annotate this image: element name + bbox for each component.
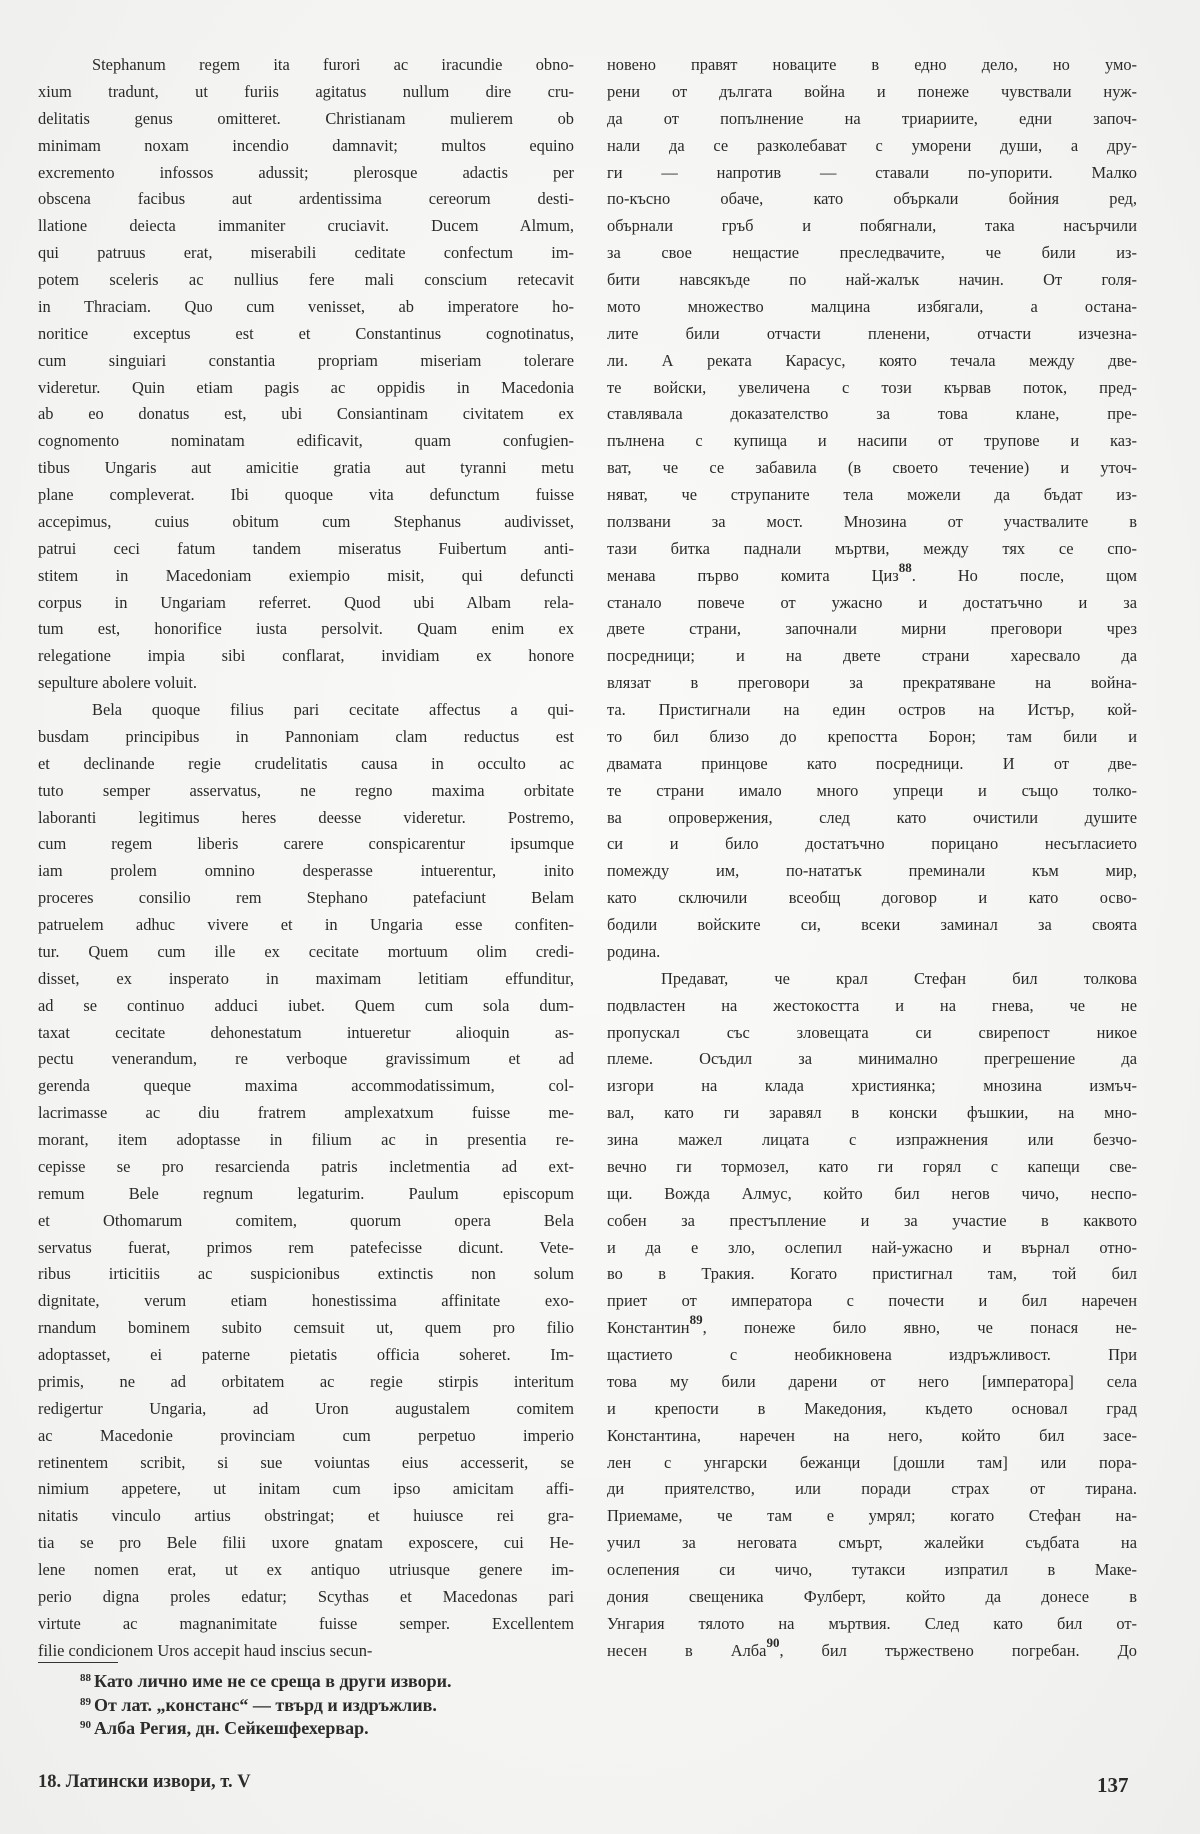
text-line: пълнена с купища и насипи от трупове и к… xyxy=(607,428,1137,455)
text-line: tur. Quem cum ille ex cecitate mortuum o… xyxy=(38,939,574,966)
text-line: et Othomarum comitem, quorum opera Bela xyxy=(38,1208,574,1235)
text-line: бити навсякъде по най-жалък начин. От го… xyxy=(607,267,1137,294)
text-line-with-footnote: менава първо комита Циз88. Но после, щом xyxy=(607,563,1137,590)
text-line: рени от дългата война и понеже чувствали… xyxy=(607,79,1137,106)
text-line: pectu venerandum, re verboque gravissimu… xyxy=(38,1046,574,1073)
text-line: videretur. Quin etiam pagis ac oppidis i… xyxy=(38,375,574,402)
text-line: Предават, че крал Стефан бил толкова xyxy=(607,966,1137,993)
text-line: virtute ac magnanimitate fuisse semper. … xyxy=(38,1611,574,1638)
text-line: бодили войските си, всеки заминал за сво… xyxy=(607,912,1137,939)
footnote-text: Като лично име не се среща в други извор… xyxy=(94,1671,452,1691)
footnote-90: 90Алба Регия, дн. Сейкешфехервар. xyxy=(80,1717,452,1741)
text-line: perio digna proles edatur; Scythas et Ma… xyxy=(38,1584,574,1611)
footnote-text: Алба Регия, дн. Сейкешфехервар. xyxy=(94,1718,369,1738)
text-line: двете страни, започнали мирни преговори … xyxy=(607,616,1137,643)
text-line: tuto semper asservatus, ne regno maxima … xyxy=(38,778,574,805)
text-line: щи. Вожда Алмус, който бил негов чичо, н… xyxy=(607,1181,1137,1208)
text-line: нали да се разколебават с уморени души, … xyxy=(607,133,1137,160)
text-line: gerenda queque maxima accommodatissimum,… xyxy=(38,1073,574,1100)
text-line: новено правят новаците в едно дело, но у… xyxy=(607,52,1137,79)
footnotes: 88Като лично име не се среща в други изв… xyxy=(80,1670,452,1741)
text-line: filie condicionem Uros accepit haud insc… xyxy=(38,1638,574,1665)
text-line: Унгария тялото на мъртвия. След като бил… xyxy=(607,1611,1137,1638)
text-line: redigertur Ungaria, ad Uron augustalem c… xyxy=(38,1396,574,1423)
running-footer: 18. Латински извори, т. V xyxy=(38,1772,251,1793)
text-line: lene nomen erat, ut ex antiquo utriusque… xyxy=(38,1557,574,1584)
text-line: си и било достатъчно порицано несъгласие… xyxy=(607,831,1137,858)
text-line: minimam noxam incendio damnavit; multos … xyxy=(38,133,574,160)
text-line: obscena facibus aut ardentissima cereoru… xyxy=(38,186,574,213)
text-line: Константина, наречен на него, който бил … xyxy=(607,1423,1137,1450)
text-line: rnandum bominem subito cemsuit ut, quem … xyxy=(38,1315,574,1342)
text-line: taxat cecitate dehonestatum intueretur a… xyxy=(38,1020,574,1047)
text-line: като сключили всеобщ договор и като осво… xyxy=(607,885,1137,912)
text-line: дония свещеника Фулберт, който да донесе… xyxy=(607,1584,1137,1611)
text-line: изгори на клада християнка; мнозина измъ… xyxy=(607,1073,1137,1100)
text-line-with-footnote: Константин89, понеже било явно, че понас… xyxy=(607,1315,1137,1342)
text-line: та. Пристигнали на един остров на Истър,… xyxy=(607,697,1137,724)
text-line: племе. Осъдил за минимално прегрешение д… xyxy=(607,1046,1137,1073)
text-line: ди приятелство, или поради страх от тира… xyxy=(607,1476,1137,1503)
text-line: adoptasset, ei paterne pietatis officia … xyxy=(38,1342,574,1369)
text-line: sepulture abolere voluit. xyxy=(38,670,574,697)
text-line: ab eo donatus est, ubi Consiantinam civi… xyxy=(38,401,574,428)
text-line: accepimus, cuius obitum cum Stephanus au… xyxy=(38,509,574,536)
text-line: и крепости в Македония, където основал г… xyxy=(607,1396,1137,1423)
text-line: обърнали гръб и побягнали, така насърчил… xyxy=(607,213,1137,240)
text-line-with-footnote: несен в Алба90, бил тържествено погребан… xyxy=(607,1638,1137,1665)
text-line: вечно ги тормозел, като ги горял с капещ… xyxy=(607,1154,1137,1181)
footnote-89: 89От лат. „констанс“ — твърд и издръжлив… xyxy=(80,1694,452,1718)
text-line: potem sceleris ac nullius fere mali cons… xyxy=(38,267,574,294)
text-line: cepisse se pro resarcienda patris inclet… xyxy=(38,1154,574,1181)
text-line: ги — напротив — ставали по-упорити. Малк… xyxy=(607,160,1137,187)
text-line: lacrimasse ac diu fratrem amplexatxum fu… xyxy=(38,1100,574,1127)
text-line: собен за престъпление и за участие в как… xyxy=(607,1208,1137,1235)
text-line: llatione deiecta immaniter cruciavit. Du… xyxy=(38,213,574,240)
text-line: лен с унгарски бежанци [дошли там] или п… xyxy=(607,1450,1137,1477)
text-line: retinentem scribit, si sue voiuntas eius… xyxy=(38,1450,574,1477)
text-line: ват, че се забавила (в своето течение) и… xyxy=(607,455,1137,482)
text-line: Bela quoque filius pari cecitate affectu… xyxy=(38,697,574,724)
text-line: plane compleverat. Ibi quoque vita defun… xyxy=(38,482,574,509)
bulgarian-translation-column: новено правят новаците в едно дело, но у… xyxy=(607,52,1137,1665)
text-line: morant, item adoptasse in filium ac in p… xyxy=(38,1127,574,1154)
text-line: laboranti legitimus heres deesse videret… xyxy=(38,805,574,832)
text-line: влязат в преговори за прекратяване на во… xyxy=(607,670,1137,697)
text-line: ставлявала доказателство за това клане, … xyxy=(607,401,1137,428)
text-line: за свое нещастие преследвачите, че били … xyxy=(607,240,1137,267)
text-line: tia se pro Bele filii uxore gnatam expos… xyxy=(38,1530,574,1557)
footnote-reference[interactable]: 89 xyxy=(690,1312,703,1327)
text-line: cum regem liberis carere conspicarentur … xyxy=(38,831,574,858)
text-line: disset, ex insperato in maximam letitiam… xyxy=(38,966,574,993)
text-line: лите били отчасти пленени, отчасти изчез… xyxy=(607,321,1137,348)
text-line: щастието с необикновена издръжливост. Пр… xyxy=(607,1342,1137,1369)
text-line: ва опровержения, след като очистили души… xyxy=(607,805,1137,832)
text-line: remum Bele regnum legaturim. Paulum epis… xyxy=(38,1181,574,1208)
text-segment: , бил тържествено погребан. До xyxy=(779,1641,1137,1660)
text-line: ad se continuo adduci iubet. Quem cum so… xyxy=(38,993,574,1020)
text-line: delitatis genus omitteret. Christianam m… xyxy=(38,106,574,133)
page-number: 137 xyxy=(1097,1773,1129,1798)
text-line: родина. xyxy=(607,939,1137,966)
text-line: xium tradunt, ut furiis agitatus nullum … xyxy=(38,79,574,106)
text-line: учил за неговата смърт, жалейки съдбата … xyxy=(607,1530,1137,1557)
text-line: tum est, honorifice iusta persolvit. Qua… xyxy=(38,616,574,643)
text-line: tibus Ungaris aut amicitie gratia aut ty… xyxy=(38,455,574,482)
text-line: Stephanum regem ita furori ac iracundie … xyxy=(38,52,574,79)
text-line: посредници; и на двете страни харесвало … xyxy=(607,643,1137,670)
text-line: това му били дарени от него [императора]… xyxy=(607,1369,1137,1396)
footnote-reference[interactable]: 90 xyxy=(766,1635,779,1650)
footnote-marker: 90 xyxy=(80,1719,91,1731)
text-line: primis, ne ad orbitatem ac regie stirpis… xyxy=(38,1369,574,1396)
text-line: те войски, увеличена с този кървав поток… xyxy=(607,375,1137,402)
text-line: iam prolem omnino desperasse intuerentur… xyxy=(38,858,574,885)
text-line: приет от императора с почести и бил наре… xyxy=(607,1288,1137,1315)
text-line: noritice exceptus est et Constantinus co… xyxy=(38,321,574,348)
text-line: qui patruus erat, miserabili ceditate co… xyxy=(38,240,574,267)
text-line: ribus irticitiis ac suspicionibus extinc… xyxy=(38,1261,574,1288)
text-line: зина мажел лицата с изпражнения или безч… xyxy=(607,1127,1137,1154)
text-line: и да е зло, ослепил най-ужасно и върнал … xyxy=(607,1235,1137,1262)
text-line: in Thraciam. Quo cum venisset, ab impera… xyxy=(38,294,574,321)
text-line: nitatis vinculo artius obstringat; et hu… xyxy=(38,1503,574,1530)
text-line: corpus in Ungariam referret. Quod ubi Al… xyxy=(38,590,574,617)
latin-text-column: Stephanum regem ita furori ac iracundie … xyxy=(38,52,574,1665)
text-line: няват, че струпаните тела можели да бъда… xyxy=(607,482,1137,509)
text-line: excremento infossos adussit; plerosque a… xyxy=(38,160,574,187)
text-line: et declinande regie crudelitatis causa i… xyxy=(38,751,574,778)
text-segment: несен в Алба xyxy=(607,1641,766,1660)
text-line: двамата принцове като посредници. И от д… xyxy=(607,751,1137,778)
text-line: во в Тракия. Когато пристигнал там, той … xyxy=(607,1261,1137,1288)
text-line: да от попълнение на триариите, едни запо… xyxy=(607,106,1137,133)
text-line: cum singuiari constantia propriam miseri… xyxy=(38,348,574,375)
footnote-reference[interactable]: 88 xyxy=(899,560,912,575)
text-segment: менава първо комита Циз xyxy=(607,566,899,585)
text-line: ползвани за мост. Мнозина от участвалите… xyxy=(607,509,1137,536)
text-line: ослепения си чичо, тутакси изпратил в Ма… xyxy=(607,1557,1137,1584)
text-line: dignitate, verum etiam honestissima affi… xyxy=(38,1288,574,1315)
text-line: вал, като ги заравял в конски фъшкии, на… xyxy=(607,1100,1137,1127)
footnote-marker: 88 xyxy=(80,1672,91,1684)
text-segment: , понеже било явно, че понася не- xyxy=(703,1318,1137,1337)
text-line: nimium appetere, ut initam cum ipso amic… xyxy=(38,1476,574,1503)
text-line: stitem in Macedoniam exiempio misit, qui… xyxy=(38,563,574,590)
text-line: станало повече от ужасно и достатъчно и … xyxy=(607,590,1137,617)
text-line: cognomento nominatam edificavit, quam co… xyxy=(38,428,574,455)
text-segment: Константин xyxy=(607,1318,690,1337)
text-segment: . Но после, щом xyxy=(912,566,1137,585)
text-line: то бил близо до крепостта Борон; там бил… xyxy=(607,724,1137,751)
text-line: busdam principibus in Pannoniam clam red… xyxy=(38,724,574,751)
text-line: мото множество малцина избягали, а остан… xyxy=(607,294,1137,321)
footnote-separator-rule xyxy=(38,1662,118,1663)
text-line: по-късно обаче, като объркали бойния ред… xyxy=(607,186,1137,213)
text-line: тази битка паднали мъртви, между тях се … xyxy=(607,536,1137,563)
text-line: patrui ceci fatum tandem miseratus Fuibe… xyxy=(38,536,574,563)
footnote-88: 88Като лично име не се среща в други изв… xyxy=(80,1670,452,1694)
text-line: patruelem adhuc vivere et in Ungaria ess… xyxy=(38,912,574,939)
text-line: relegatione impia sibi conflarat, invidi… xyxy=(38,643,574,670)
text-line: помежду им, по-нататък преминали към мир… xyxy=(607,858,1137,885)
text-line: Приемаме, че там е умрял; когато Стефан … xyxy=(607,1503,1137,1530)
text-line: те страни имало много упреци и също толк… xyxy=(607,778,1137,805)
footnote-marker: 89 xyxy=(80,1696,91,1708)
text-line: пропускал със зловещата си свирепост ник… xyxy=(607,1020,1137,1047)
text-line: servatus fuerat, primos rem patefecisse … xyxy=(38,1235,574,1262)
text-line: ac Macedonie provinciam cum perpetuo imp… xyxy=(38,1423,574,1450)
text-line: подвластен на жестокостта и на гнева, че… xyxy=(607,993,1137,1020)
text-line: proceres consilio rem Stephano patefaciu… xyxy=(38,885,574,912)
text-line: ли. А реката Карасус, която течала между… xyxy=(607,348,1137,375)
footnote-text: От лат. „констанс“ — твърд и издръжлив. xyxy=(94,1695,437,1715)
